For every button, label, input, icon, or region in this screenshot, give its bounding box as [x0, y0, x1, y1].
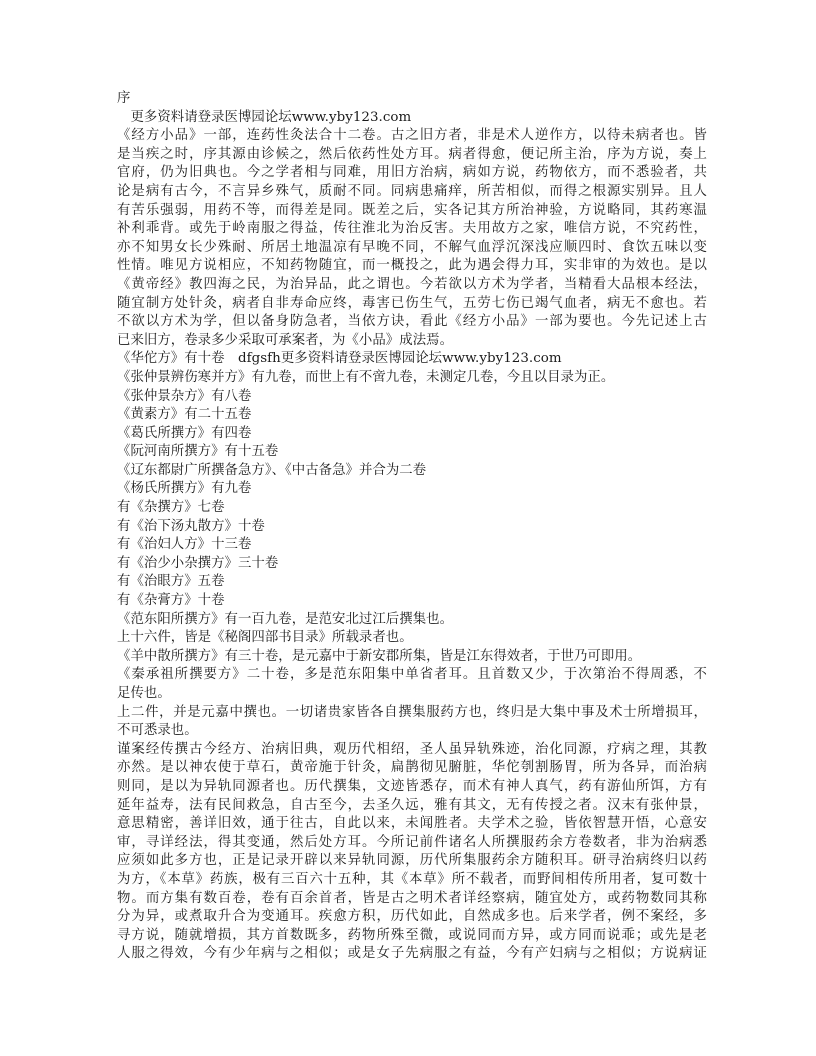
text-line: 谨案经传撰古今经方、治病旧典，观历代相绍，圣人虽异轨殊迹，治化同源，疗病之理，其…: [117, 741, 707, 760]
text-line: 更多资料请登录医博园论坛www.yby123.com: [117, 109, 707, 128]
text-line: 《华佗方》有十卷 dfgsfh更多资料请登录医博园论坛www.yby123.co…: [117, 350, 707, 369]
text-line: 有《杂膏方》十卷: [117, 592, 707, 611]
text-line: 《葛氏所撰方》有四卷: [117, 425, 707, 444]
text-line: 补利乖背。或先于岭南服之得益，传往淮北为治反害。夫用故方之家，唯信方说，不究药性…: [117, 220, 707, 239]
text-line: 论是病有古今，不言异乡殊气，质耐不同。同病患痛痒，所苦相似，而得之根源实别异。且…: [117, 183, 707, 202]
text-line: 则同，是以为异轨同源者也。历代撰集，文迹皆悉存，而术有神人真气，药有游仙所饵，方…: [117, 778, 707, 797]
text-line: 性情。唯见方说相应，不知药物随宜，而一概投之，此为遇会得力耳，实非审的为效也。是…: [117, 257, 707, 276]
text-line: 上二件，并是元嘉中撰也。一切诸贵家皆各自撰集服药方也，终归是大集中事及术士所增损…: [117, 704, 707, 723]
text-line: 延年益寿，法有民间救急，自古至今，去圣久远，雅有其文，无有传授之者。汉末有张仲景…: [117, 797, 707, 816]
text-line: 人服之得效，今有少年病与之相似；或是女子先病服之有益，今有产妇病与之相似；方说病…: [117, 945, 707, 964]
text-line: 有《治眼方》五卷: [117, 573, 707, 592]
text-line: 亦不知男女长少殊耐、所居土地温凉有早晚不同，不解气血浮沉深浅应顺四时、食饮五味以…: [117, 239, 707, 258]
text-line: 《张仲景杂方》有八卷: [117, 388, 707, 407]
text-line: 有《治妇人方》十三卷: [117, 536, 707, 555]
text-line: 审，寻详经法，得其变通，然后处方耳。今所记前件诸名人所撰服药余方卷数者，非为治病…: [117, 834, 707, 853]
text-line: 《杨氏所撰方》有九卷: [117, 480, 707, 499]
text-line: 《黄帝经》教四海之民，为治异品，此之谓也。今若欲以方术为学者，当精看大品根本经法…: [117, 276, 707, 295]
text-line: 《黄素方》有二十五卷: [117, 406, 707, 425]
text-line: 《范东阳所撰方》有一百九卷，是范安北过江后撰集也。: [117, 611, 707, 630]
text-line: 《羊中散所撰方》有三十卷，是元嘉中于新安郡所集，皆是江东得效者，于世乃可即用。: [117, 648, 707, 667]
text-line: 《经方小品》一部，连药性灸法合十二卷。古之旧方者，非是术人逆作方，以待未病者也。…: [117, 127, 707, 146]
text-line: 《辽东都尉广所撰备急方》、《中古备急》并合为二卷: [117, 462, 707, 481]
text-line: 有《治少小杂撰方》三十卷: [117, 555, 707, 574]
text-line: 官府，仍为旧典也。今之学者相与同难，用旧方治病，病如方说，药物依方，而不悉验者，…: [117, 164, 707, 183]
text-line: 不可悉录也。: [117, 722, 707, 741]
text-line: 物。而方集有数百卷，卷有百余首者，皆是古之明术者详经察病，随宜处方，或药物数同其…: [117, 890, 707, 909]
text-line: 足传也。: [117, 685, 707, 704]
text-line: 已来旧方，卷录多少采取可承案者，为《小品》成法焉。: [117, 332, 707, 351]
document-page: 序 更多资料请登录医博园论坛www.yby123.com《经方小品》一部，连药性…: [117, 90, 707, 964]
text-line: 有《杂撰方》七卷: [117, 499, 707, 518]
text-line: 上十六件，皆是《秘阁四部书目录》所载录者也。: [117, 629, 707, 648]
text-line: 分为异，或煮取升合为变通耳。疾愈方积，历代如此，自然成多也。后来学者，例不案经，…: [117, 908, 707, 927]
text-line: 寻方说，随就增损，其方首数既多，药物所殊至微，或说同而方异，或方同而说乖；或先是…: [117, 927, 707, 946]
text-line: 应须如此多方也，正是记录开辟以来异轨同源，历代所集服药余方随积耳。研寻治病终归以…: [117, 852, 707, 871]
text-line: 不欲以方术为学，但以备身防急者，当依方诀，看此《经方小品》一部为要也。今先记述上…: [117, 313, 707, 332]
text-line: 为方，《本草》药族，极有三百六十五种，其《本草》所不载者，而野间相传所用者，复可…: [117, 871, 707, 890]
document-heading: 序: [117, 90, 707, 109]
text-line: 意思精密，善详旧效，通于往古，自此以来，未闻胜者。夫学术之验，皆依智慧开悟，心意…: [117, 815, 707, 834]
text-line: 亦然。是以神农使于草石，黄帝施于针灸，扁鹊彻见腑脏，华佗刳割肠胃，所为各异，而治…: [117, 759, 707, 778]
text-line: 《张仲景辨伤寒并方》有九卷，而世上有不啻九卷，未测定几卷，今且以目录为正。: [117, 369, 707, 388]
text-line: 有苦乐强弱，用药不等，而得差是同。既差之后，实各记其方所治神验，方说略同，其药寒…: [117, 202, 707, 221]
text-line: 《阮河南所撰方》有十五卷: [117, 443, 707, 462]
text-line: 是当疾之时，序其源由诊候之，然后依药性处方耳。病者得愈，便记所主治，序为方说，奏…: [117, 146, 707, 165]
text-line: 《秦承祖所撰要方》二十卷，多是范东阳集中单省者耳。且首数又少，于次第治不得周悉，…: [117, 666, 707, 685]
text-line: 随宜制方处针灸，病者自非寿命应终，毒害已伤生气，五劳七伤已竭气血者，病无不愈也。…: [117, 295, 707, 314]
text-line: 有《治下汤丸散方》十卷: [117, 518, 707, 537]
